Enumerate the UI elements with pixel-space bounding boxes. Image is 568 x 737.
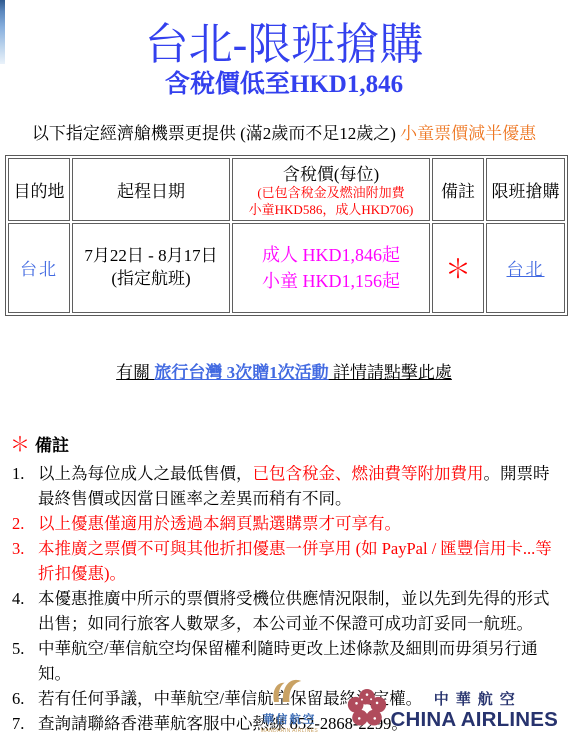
campaign-suffix: 詳情請點擊此處 [329, 363, 452, 382]
col-promo: 限班搶購 [486, 158, 565, 221]
remark-1-red: 已包含稅金、燃油費等附加費用 [253, 464, 484, 483]
remark-item-4: 4. 本優惠推廣中所示的票價將受機位供應情況限制，並以先到先得的形式出售；如同行… [10, 586, 560, 636]
remark-number: 3. [10, 536, 38, 586]
remark-number: 7. [10, 711, 38, 736]
remark-text: 本推廣之票價不可與其他折扣優惠一併享用 (如 PayPal / 匯豐信用卡...… [38, 536, 560, 586]
china-airlines-wordmark: 中華航空 CHINA AIRLINES [390, 688, 558, 731]
mandarin-airlines-cn-name: 華信航空 [262, 711, 316, 727]
china-airlines-cn-name: 中華航空 [427, 688, 522, 709]
fare-table-header-row: 目的地 起程日期 含稅價(每位) (已包含稅金及燃油附加費 小童HKD586，成… [8, 158, 565, 221]
mandarin-airlines-swoosh-icon [268, 678, 310, 710]
remark-number: 2. [10, 511, 38, 536]
remark-1-pre: 以上為每位成人之最低售價， [38, 464, 253, 483]
col-remarks: 備註 [432, 158, 484, 221]
remark-number: 5. [10, 636, 38, 686]
intro-highlight: 小童票價減半優惠 [400, 124, 536, 143]
promo-taipei-link[interactable]: 台北 [507, 260, 545, 279]
col-price: 含稅價(每位) (已包含稅金及燃油附加費 小童HKD586，成人HKD706) [232, 158, 430, 221]
decorative-image-strip [0, 0, 5, 64]
remarks-heading: ＊備註 [10, 433, 560, 458]
remark-text: 以上為每位成人之最低售價，已包含稅金、燃油費等附加費用。開票時最終售價或因當日匯… [38, 461, 560, 511]
remarks-asterisk: ＊ [10, 434, 30, 456]
airline-logos: 華信航空 MANDARIN AIRLINES [258, 678, 558, 734]
col-price-title: 含稅價(每位) [234, 160, 428, 185]
mandarin-airlines-logo: 華信航空 MANDARIN AIRLINES [258, 678, 320, 734]
china-airlines-logo: 中華航空 CHINA AIRLINES [346, 684, 558, 734]
date-range: 7月22日 - 8月17日 [74, 245, 228, 268]
intro-line: 以下指定經濟艙機票更提供 (滿2歲而不足12歲之) 小童票價減半優惠 [0, 119, 568, 144]
china-airlines-en-name: CHINA AIRLINES [390, 709, 558, 731]
page-subtitle: 含稅價低至HKD1,846 [0, 71, 568, 99]
price-cell: 成人 HKD1,846起 小童 HKD1,156起 [232, 223, 430, 313]
remark-item-3: 3. 本推廣之票價不可與其他折扣優惠一併享用 (如 PayPal / 匯豐信用卡… [10, 536, 560, 586]
plum-blossom-flower-icon [346, 684, 388, 734]
remark-number: 6. [10, 686, 38, 711]
remarks-heading-text: 備註 [35, 436, 69, 455]
destination-cell: 台北 [8, 223, 70, 313]
campaign-prefix: 有關 [116, 363, 154, 382]
fare-table-row: 台北 7月22日 - 8月17日 (指定航班) 成人 HKD1,846起 小童 … [8, 223, 565, 313]
remark-number: 1. [10, 461, 38, 511]
col-departure-date: 起程日期 [72, 158, 230, 221]
remark-item-1: 1. 以上為每位成人之最低售價，已包含稅金、燃油費等附加費用。開票時最終售價或因… [10, 461, 560, 511]
campaign-link-text[interactable]: 旅行台灣 3次贈1次活動 [154, 363, 328, 382]
price-adult: 成人 HKD1,846起 [234, 242, 428, 268]
col-destination: 目的地 [8, 158, 70, 221]
promo-cell: 台北 [486, 223, 565, 313]
fare-table: 目的地 起程日期 含稅價(每位) (已包含稅金及燃油附加費 小童HKD586，成… [5, 155, 568, 316]
col-price-subnote-1: (已包含稅金及燃油附加費 [234, 185, 428, 202]
remark-item-2: 2. 以上優惠僅適用於透過本網頁點選購票才可享有。 [10, 511, 560, 536]
date-note: (指定航班) [74, 268, 228, 291]
date-cell: 7月22日 - 8月17日 (指定航班) [72, 223, 230, 313]
remark-text: 本優惠推廣中所示的票價將受機位供應情況限制，並以先到先得的形式出售；如同行旅客人… [38, 586, 560, 636]
remark-number: 4. [10, 586, 38, 636]
remark-asterisk: ＊ [432, 223, 484, 313]
campaign-link[interactable]: 有關 旅行台灣 3次贈1次活動 詳情請點擊此處 [0, 358, 568, 383]
mandarin-airlines-en-name: MANDARIN AIRLINES [261, 728, 318, 734]
intro-text: 以下指定經濟艙機票更提供 (滿2歲而不足12歲之) [32, 124, 400, 143]
remark-text: 以上優惠僅適用於透過本網頁點選購票才可享有。 [38, 511, 560, 536]
col-price-subnote-2: 小童HKD586，成人HKD706) [234, 202, 428, 219]
price-child: 小童 HKD1,156起 [234, 268, 428, 294]
page-title: 台北-限班搶購 [0, 20, 568, 71]
